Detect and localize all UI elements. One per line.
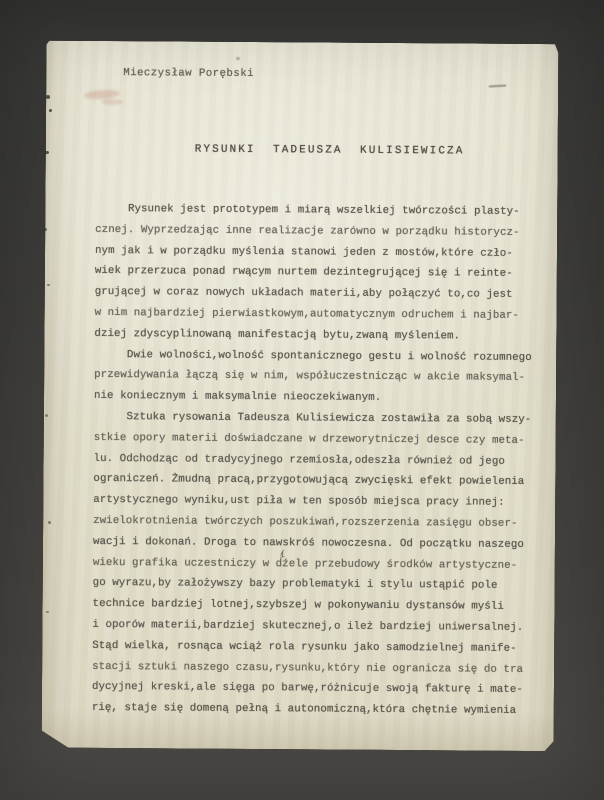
text-line: artystycznego wyniku,ust piła w ten spos… (93, 490, 523, 514)
text-line: ograniczeń. Żmudną pracą,przygotowującą … (93, 469, 523, 493)
text-line: wieku grafika uczestniczy w dźele przebu… (93, 552, 523, 576)
text-line: i oporów materii,bardziej skutecznej,o i… (92, 615, 522, 639)
page-title: RYSUNKI TADEUSZA KULISIEWICZA (195, 144, 465, 158)
typewritten-page: Mieczysław Porębski RYSUNKI TADEUSZA KUL… (42, 41, 559, 752)
text-line: nym jak i w porządku myślenia stanowi je… (95, 241, 525, 265)
text-line: grującej w coraz nowych układach materii… (95, 282, 525, 306)
photo-background: Mieczysław Porębski RYSUNKI TADEUSZA KUL… (0, 0, 604, 800)
body-text: Rysunek jest prototypem i miarą wszelkie… (92, 199, 526, 722)
text-line: w nim najbardziej pierwiastkowym,automat… (95, 303, 525, 327)
document-content: Mieczysław Porębski RYSUNKI TADEUSZA KUL… (42, 41, 559, 752)
text-line: stkie opory materii doświadczane w drzew… (94, 428, 524, 452)
author-line: Mieczysław Porębski (123, 67, 254, 80)
text-line: go wyrazu,by założywszy bazy problematyk… (93, 573, 523, 597)
paragraph: Sztuka rysowania Tadeusza Kulisiewicza z… (92, 407, 524, 639)
paragraph: Rysunek jest prototypem i miarą wszelkie… (94, 199, 525, 348)
text-line: dziej zdyscyplinowaną manifestacją bytu,… (94, 324, 524, 348)
handwritten-correction: i (279, 550, 286, 561)
text-line: Rysunek jest prototypem i miarą wszelkie… (95, 199, 525, 223)
text-line: wiek przerzuca ponad rwącym nurtem dezin… (95, 261, 525, 285)
text-line: cznej. Wyprzedzając inne realizacje zaró… (95, 220, 525, 244)
text-line: przewidywania łączą się w nim, współucze… (94, 365, 524, 389)
text-line: Stąd wielka, rosnąca wciąż rola rysunku … (92, 636, 522, 660)
text-line: technice bardziej lotnej,szybszej w poko… (92, 594, 522, 618)
text-line: Dwie wolności,wolność spontanicznego ges… (94, 344, 524, 368)
text-line: lu. Odchodząc od tradycyjnego rzemiosła,… (93, 448, 523, 472)
text-line: Sztuka rysowania Tadeusza Kulisiewicza z… (94, 407, 524, 431)
paragraph: Stąd wielka, rosnąca wciąż rola rysunku … (92, 636, 523, 722)
text-line: nie koniecznym i maksymalnie nieoczekiwa… (94, 386, 524, 410)
text-line: rię, staje się domeną pełną i autonomicz… (92, 698, 522, 722)
text-line: wacji i dokonań. Droga to nawskróś nowoc… (93, 532, 523, 556)
paragraph: Dwie wolności,wolność spontanicznego ges… (94, 344, 524, 409)
text-line: stacji sztuki naszego czasu,rysunku,któr… (92, 656, 522, 680)
text-line: dycyjnej kreski,ale sięga po barwę,różni… (92, 677, 522, 701)
text-line: zwielokrotnienia twórczych poszukiwań,ro… (93, 511, 523, 535)
